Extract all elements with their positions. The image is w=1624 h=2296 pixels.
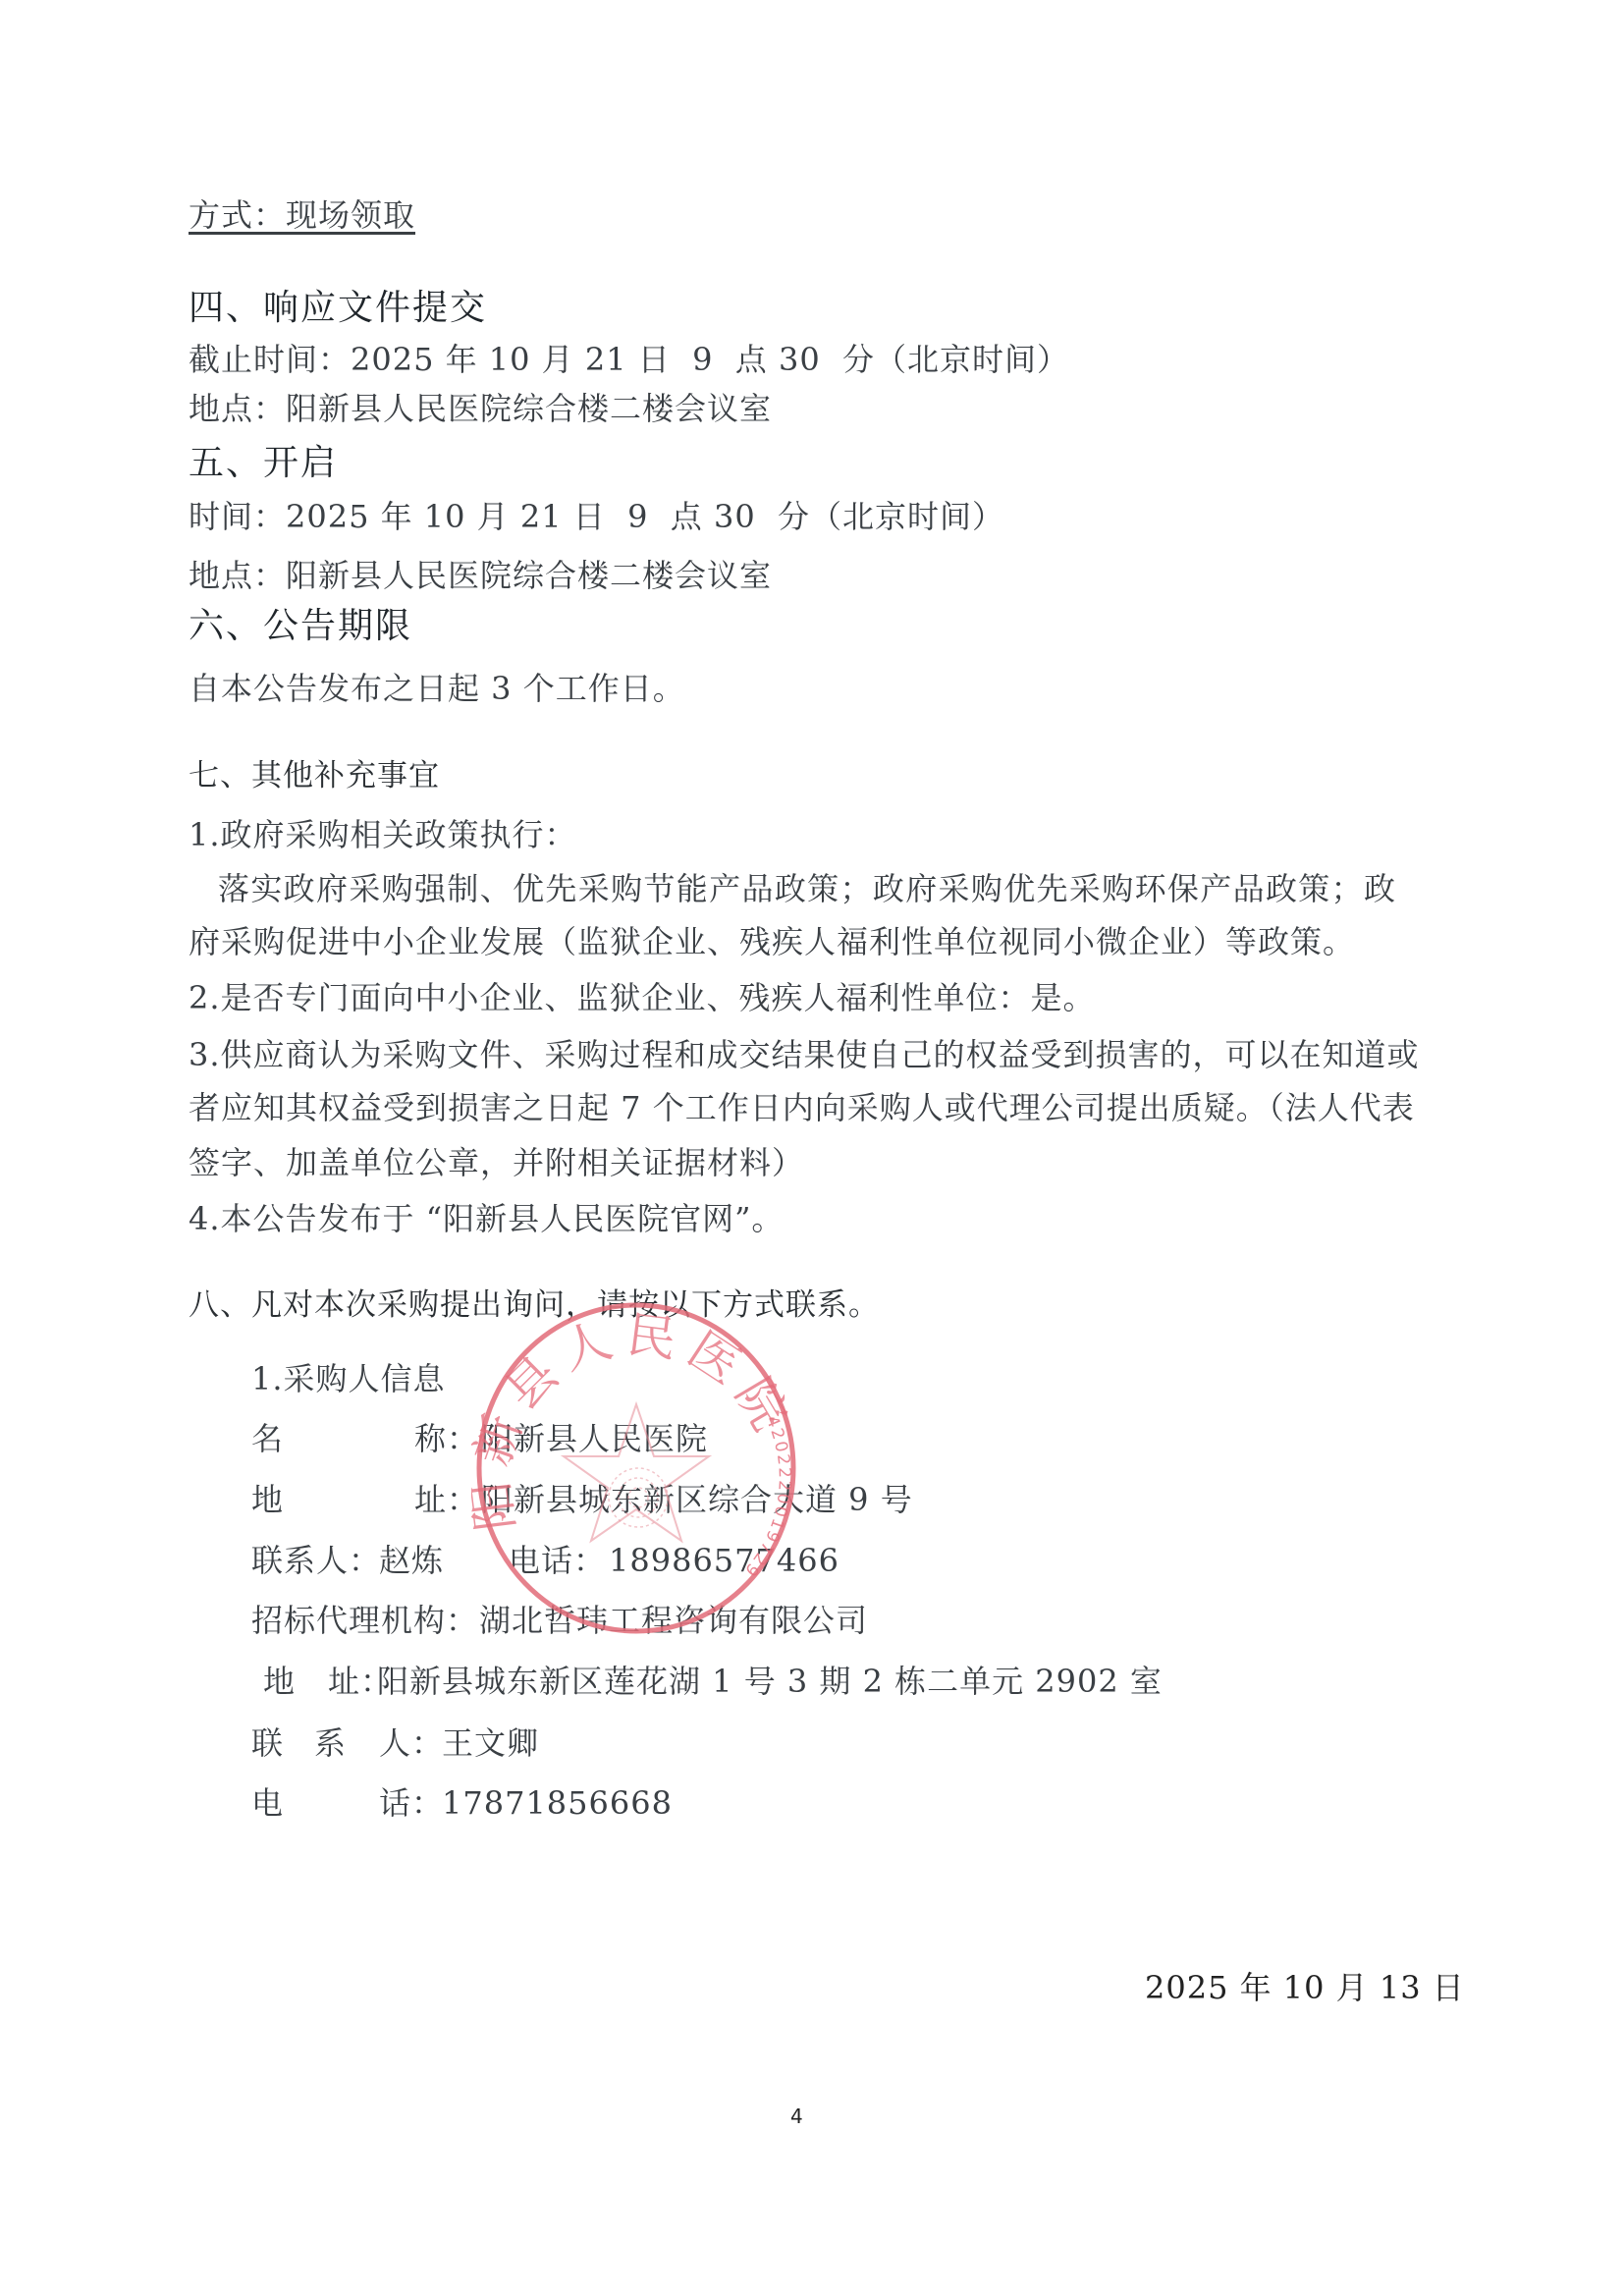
agency-contact-label-3: 人： — [379, 1727, 444, 1759]
section-6-title: 六、公告期限 — [189, 609, 412, 644]
agency-contact-label-2: 系 — [314, 1727, 347, 1759]
policy-item-3-a: 3.供应商认为采购文件、采购过程和成交结果使自己的权益受到损害的，可以在知道或 — [189, 1039, 1414, 1070]
purchaser-address-label-1: 地 — [251, 1484, 284, 1515]
opening-location: 地点：阳新县人民医院综合楼二楼会议室 — [189, 560, 772, 591]
agency-phone-label-2: 话： — [379, 1787, 444, 1819]
purchaser-contact: 赵炼 — [379, 1545, 444, 1576]
purchaser-name-label-1: 名 — [251, 1423, 284, 1454]
agency-address: 阳新县城东新区莲花湖 1 号 3 期 2 栋二单元 2902 室 — [377, 1666, 1163, 1697]
agency-contact-label-1: 联 — [251, 1727, 284, 1759]
policy-item-4: 4.本公告发布于 “阳新县人民医院官网”。 — [189, 1203, 784, 1234]
policy-item-3-c: 签字、加盖单位公章，并附相关证据材料） — [189, 1147, 804, 1178]
policy-item-3-b: 者应知其权益受到损害之日起 7 个工作日内向采购人或代理公司提出质疑。（法人代表 — [189, 1092, 1414, 1123]
document-date: 2025 年 10 月 13 日 — [1145, 1972, 1465, 2003]
agency-address-label-1: 地 — [263, 1666, 296, 1697]
seal-icon: 阳新县人民医院 4202220019729 — [471, 1301, 801, 1635]
page-number: 4 — [790, 2105, 803, 2128]
policy-item-1-text-b: 府采购促进中小企业发展（监狱企业、残疾人福利性单位视同小微企业）等政策。 — [189, 926, 1355, 957]
opening-time: 时间：2025 年 10 月 21 日 9 点 30 分（北京时间） — [189, 501, 1004, 532]
pickup-method: 方式：现场领取 — [189, 199, 415, 231]
section-5-title: 五、开启 — [189, 446, 338, 481]
notice-period: 自本公告发布之日起 3 个工作日。 — [189, 673, 685, 704]
purchaser-contact-label: 联系人： — [251, 1545, 381, 1576]
agency-label: 招标代理机构： — [251, 1605, 478, 1636]
svg-text:阳新县人民医院: 阳新县人民医院 — [471, 1306, 801, 1534]
official-seal: 阳新县人民医院 4202220019729 — [471, 1301, 801, 1635]
policy-item-2: 2.是否专门面向中小企业、监狱企业、残疾人福利性单位：是。 — [189, 982, 1096, 1013]
purchaser-heading: 1.采购人信息 — [251, 1363, 446, 1394]
policy-item-1-text-a: 落实政府采购强制、优先采购节能产品政策；政府采购优先采购环保产品政策；政 — [218, 873, 1396, 904]
purchaser-name-label-2: 称： — [414, 1423, 479, 1454]
purchaser-address-label-2: 址： — [414, 1484, 479, 1515]
agency-phone-label-1: 电 — [251, 1787, 284, 1819]
section-4-title: 四、响应文件提交 — [189, 291, 487, 326]
agency-phone: 17871856668 — [442, 1787, 673, 1819]
submission-deadline: 截止时间：2025 年 10 月 21 日 9 点 30 分（北京时间） — [189, 344, 1069, 375]
policy-item-1: 1.政府采购相关政策执行： — [189, 819, 577, 850]
submission-location: 地点：阳新县人民医院综合楼二楼会议室 — [189, 393, 772, 424]
agency-contact: 王文卿 — [442, 1727, 539, 1759]
section-7-title: 七、其他补充事宜 — [189, 761, 440, 792]
